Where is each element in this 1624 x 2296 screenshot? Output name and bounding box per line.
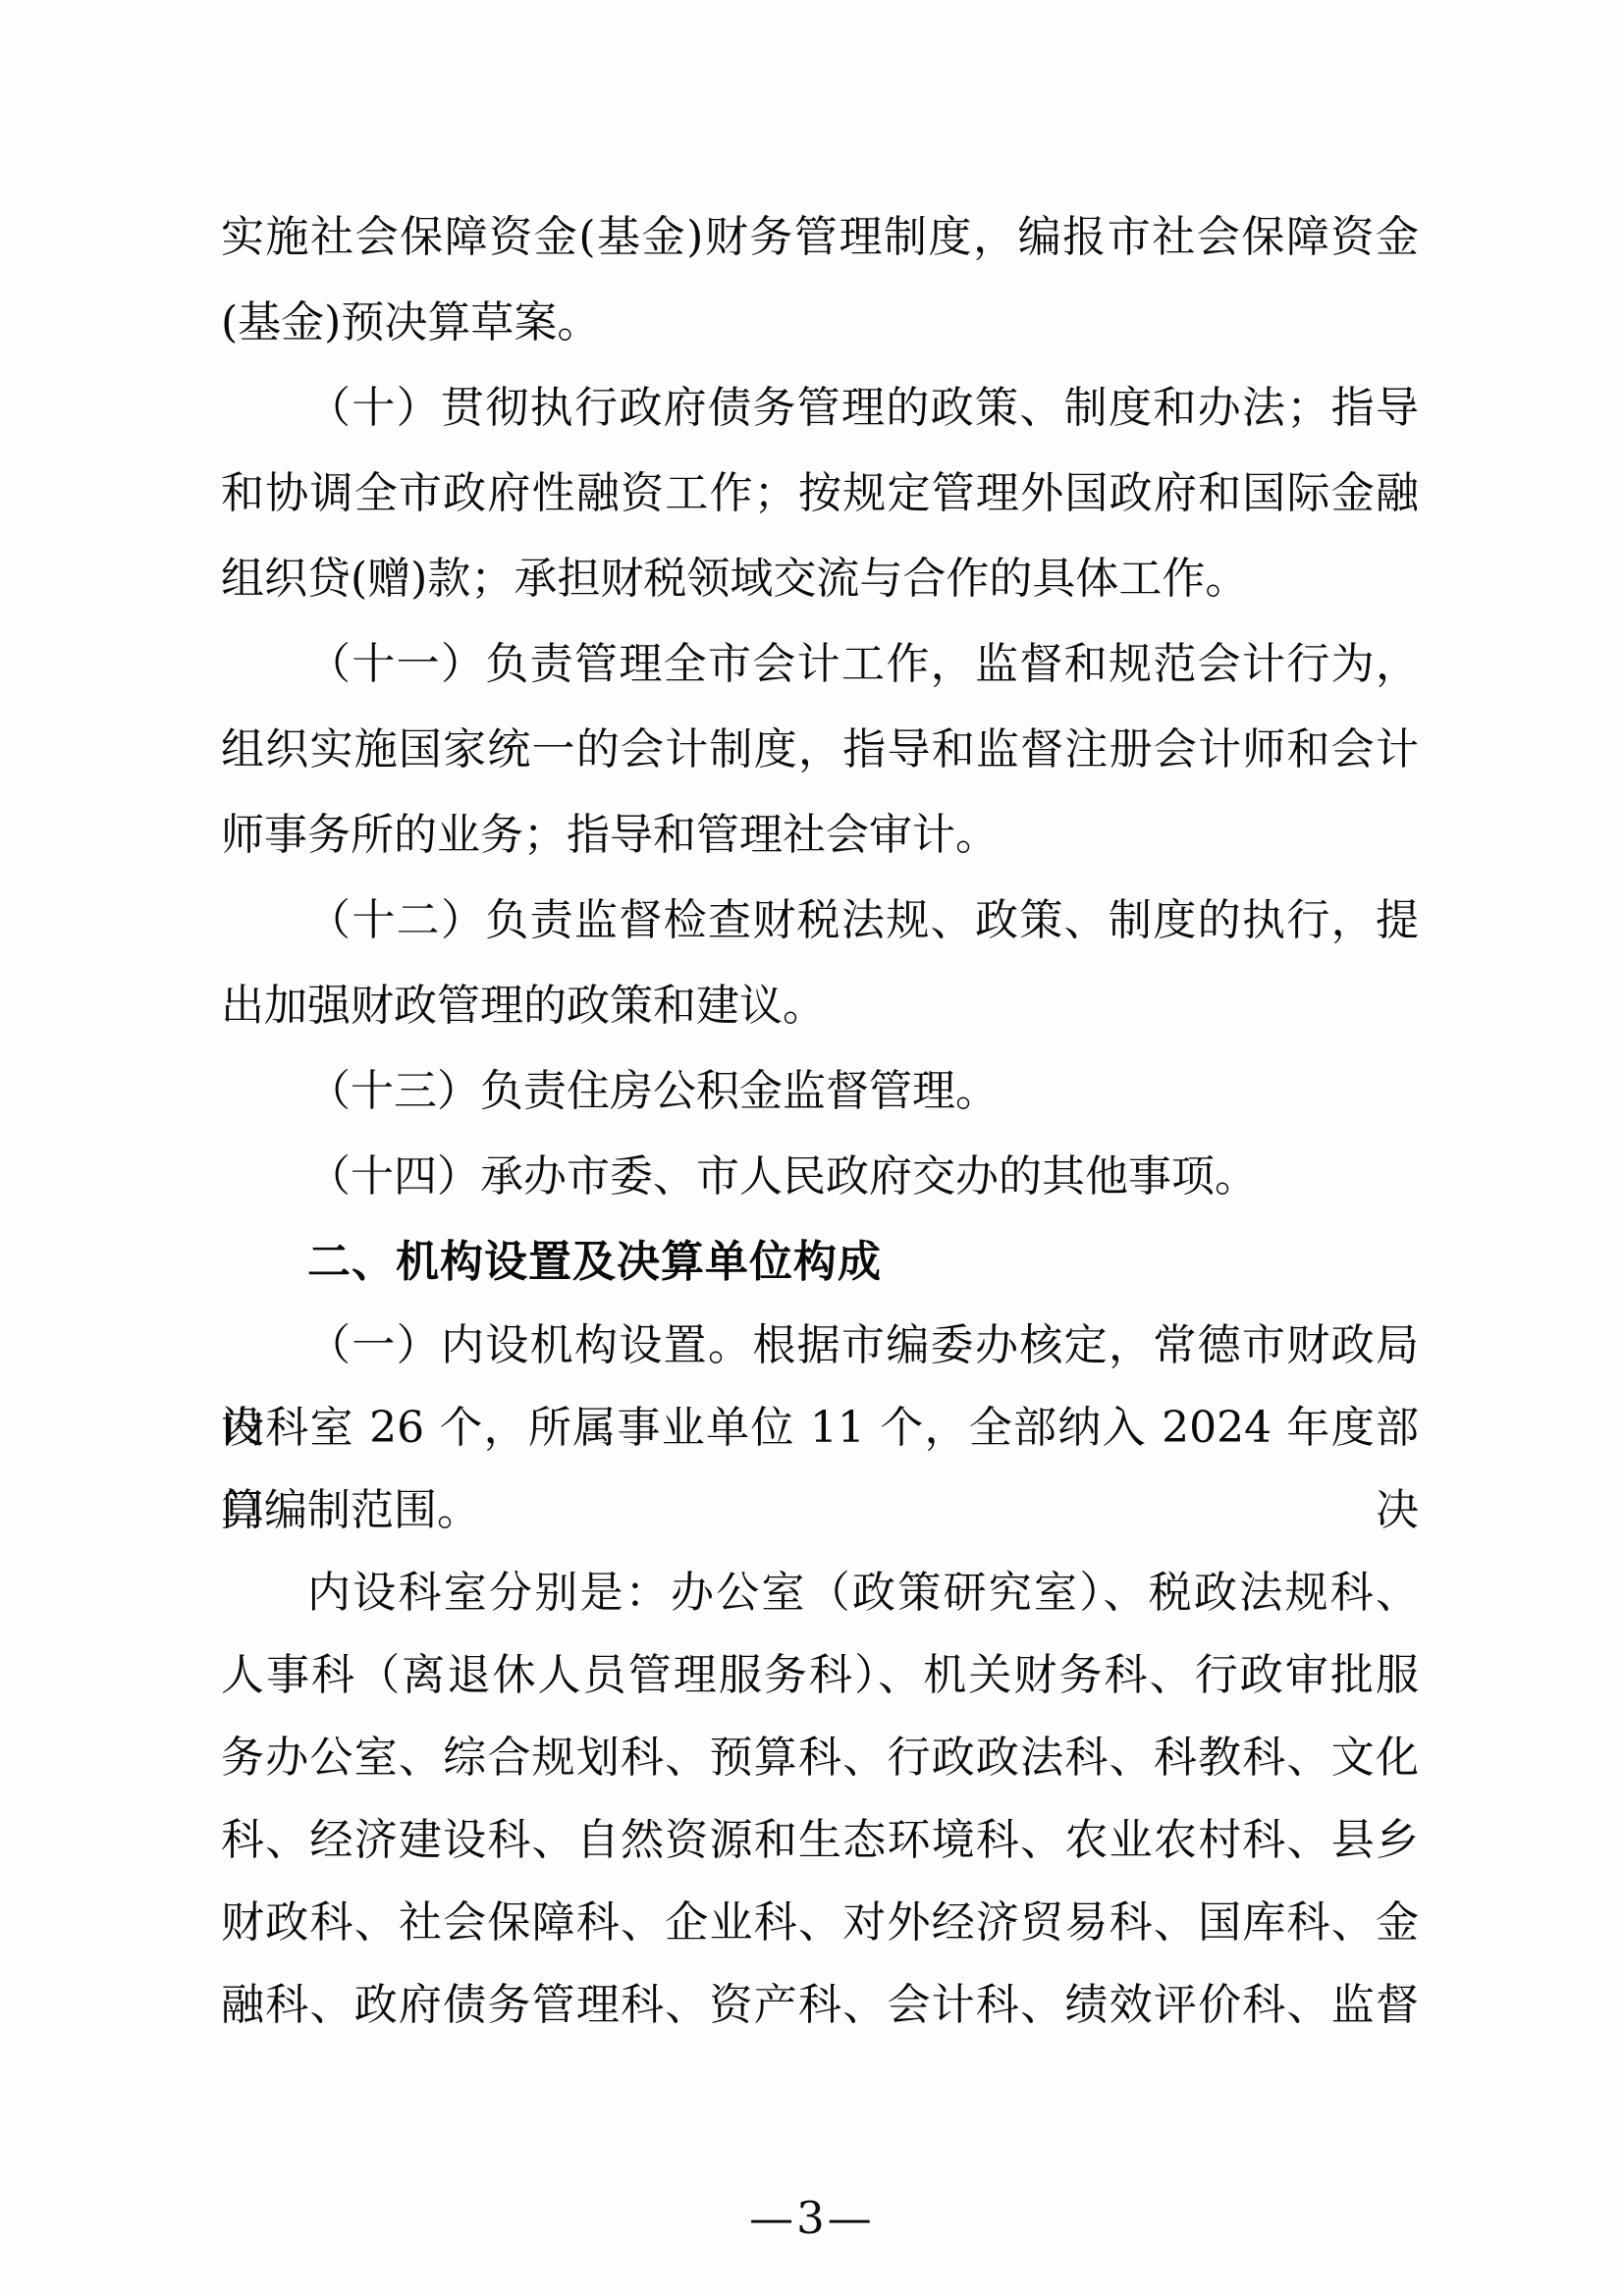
body-text-line: 组织贷(赠)款；承担财税领域交流与合作的具体工作。 (221, 536, 1419, 621)
paragraph-item-12: （十二）负责监督检查财税法规、政策、制度的执行，提 出加强财政管理的政策和建议。 (221, 878, 1419, 1048)
paragraph-item-11: （十一）负责管理全市会计工作，监督和规范会计行为， 组织实施国家统一的会计制度，… (221, 621, 1419, 878)
paragraph-item-14: （十四）承办市委、市人民政府交办的其他事项。 (221, 1134, 1419, 1219)
body-text-line: 设科室 26 个，所属事业单位 11 个，全部纳入 2024 年度部门决 (221, 1387, 1419, 1469)
paragraph-item-13: （十三）负责住房公积金监督管理。 (221, 1048, 1419, 1134)
body-text-line: 财政科、社会保障科、企业科、对外经济贸易科、国库科、金 (221, 1882, 1419, 1964)
body-text-line: （十三）负责住房公积金监督管理。 (221, 1048, 1419, 1134)
body-text-line: 师事务所的业务；指导和管理社会审计。 (221, 792, 1419, 878)
body-text-line: 务办公室、综合规划科、预算科、行政政法科、科教科、文化 (221, 1717, 1419, 1799)
section-duties: 实施社会保障资金(基金)财务管理制度，编报市社会保障资金 (基金)预决算草案。 … (221, 194, 1419, 1305)
document-page: 实施社会保障资金(基金)财务管理制度，编报市社会保障资金 (基金)预决算草案。 … (0, 0, 1624, 2296)
body-text-line: 科、经济建设科、自然资源和生态环境科、农业农村科、县乡 (221, 1799, 1419, 1882)
body-text-line: 出加强财政管理的政策和建议。 (221, 963, 1419, 1048)
paragraph-item-10: （十）贯彻执行政府债务管理的政策、制度和办法；指导 和协调全市政府性融资工作；按… (221, 365, 1419, 621)
body-text-line: 实施社会保障资金(基金)财务管理制度，编报市社会保障资金 (221, 194, 1419, 280)
document-body: 实施社会保障资金(基金)财务管理制度，编报市社会保障资金 (基金)预决算草案。 … (221, 194, 1419, 2047)
paragraph-item9-continuation: 实施社会保障资金(基金)财务管理制度，编报市社会保障资金 (基金)预决算草案。 (221, 194, 1419, 365)
body-text-line: 内设科室分别是：办公室（政策研究室）、税政法规科、 (221, 1552, 1419, 1634)
body-text-line: 和协调全市政府性融资工作；按规定管理外国政府和国际金融 (221, 451, 1419, 536)
body-text-line: （十）贯彻执行政府债务管理的政策、制度和办法；指导 (221, 365, 1419, 451)
body-text-line: 融科、政府债务管理科、资产科、会计科、绩效评价科、监督 (221, 1964, 1419, 2047)
section-structure: （一）内设机构设置。根据市编委办核定，常德市财政局内 设科室 26 个，所属事业… (221, 1305, 1419, 2047)
body-text-line: 人事科（离退休人员管理服务科）、机关财务科、行政审批服 (221, 1634, 1419, 1717)
section-heading: 二、机构设置及决算单位构成 (221, 1219, 1419, 1305)
body-text-line: 组织实施国家统一的会计制度，指导和监督注册会计师和会计 (221, 707, 1419, 792)
body-text-line: （一）内设机构设置。根据市编委办核定，常德市财政局内 (221, 1305, 1419, 1387)
body-text-line: （十四）承办市委、市人民政府交办的其他事项。 (221, 1134, 1419, 1219)
body-text-line: （十一）负责管理全市会计工作，监督和规范会计行为， (221, 621, 1419, 707)
page-number: —3— (0, 2187, 1624, 2250)
body-text-line: (基金)预决算草案。 (221, 280, 1419, 365)
paragraph-internal-setup: （一）内设机构设置。根据市编委办核定，常德市财政局内 设科室 26 个，所属事业… (221, 1305, 1419, 1552)
paragraph-division-list: 内设科室分别是：办公室（政策研究室）、税政法规科、 人事科（离退休人员管理服务科… (221, 1552, 1419, 2047)
body-text-line: （十二）负责监督检查财税法规、政策、制度的执行，提 (221, 878, 1419, 963)
